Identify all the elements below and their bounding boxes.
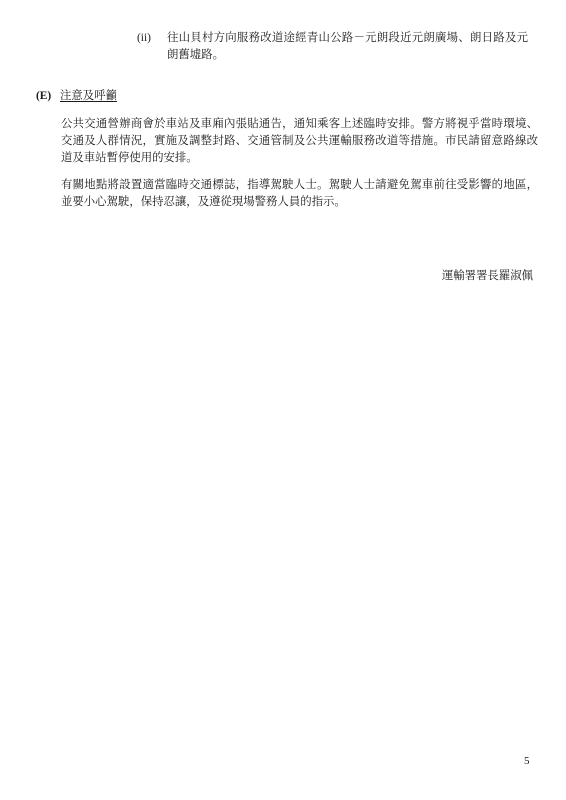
notice-paragraph-2: 有關地點將設置適當臨時交通標誌，指導駕駛人士。駕駛人士請避免駕車前往受影響的地區… (61, 177, 538, 211)
notice-paragraph-1: 公共交通營辦商會於車站及車廂內張貼通告，通知乘客上述臨時安排。警方將視乎當時環境… (61, 116, 538, 167)
document-page: (ii) 往山貝村方向服務改道途經青山公路－元朗段近元朗廣場、朗日路及元朗舊墟路… (0, 0, 566, 800)
page-number: 5 (524, 754, 530, 768)
item-ii-marker: (ii) (137, 30, 151, 47)
section-e-heading: 注意及呼籲 (60, 88, 117, 105)
signature-line: 運輸署署長羅淑佩 (442, 268, 533, 285)
item-ii-text: 往山貝村方向服務改道途經青山公路－元朗段近元朗廣場、朗日路及元朗舊墟路。 (167, 30, 528, 64)
section-e-marker: (E) (36, 88, 51, 105)
